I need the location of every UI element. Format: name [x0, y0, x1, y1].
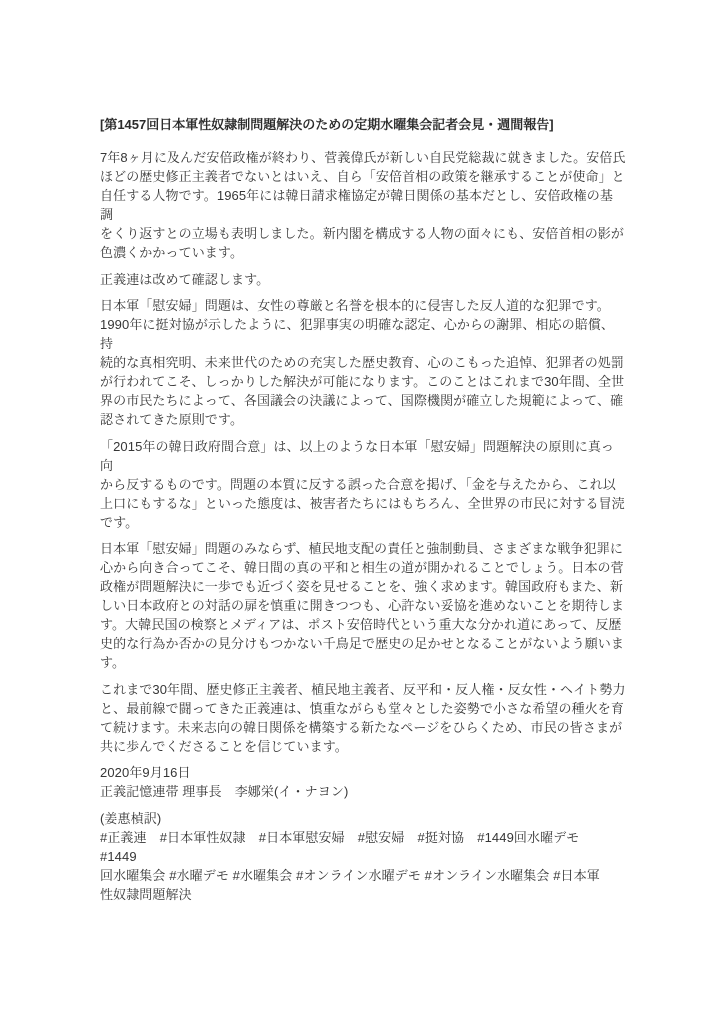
document-title: [第1457回日本軍性奴隷制問題解決のための定期水曜集会記者会見・週間報告] [100, 115, 626, 134]
paragraph-2015-agreement: 「2015年の韓日政府間合意」は、以上のような日本軍「慰安婦」問題解決の原則に真… [100, 437, 626, 532]
date-and-signature: 2020年9月16日 正義記憶連帯 理事長 李娜栄(イ・ナヨン) [100, 763, 626, 801]
paragraph-colonial-responsibility: 日本軍「慰安婦」問題のみならず、植民地支配の責任と強制動員、さまざまな戦争犯罪に… [100, 539, 626, 672]
document-page: [第1457回日本軍性奴隷制問題解決のための定期水曜集会記者会見・週間報告] 7… [0, 0, 724, 1024]
translator-credit: (姜惠楨訳) [100, 809, 626, 828]
paragraph-abe-administration: 7年8ヶ月に及んだ安倍政権が終わり、菅義偉氏が新しい自民党総裁に就きました。安倍… [100, 148, 626, 262]
paragraph-30-years-struggle: これまで30年間、歴史修正主義者、植民地主義者、反平和・反人権・反女性・ヘイト勢… [100, 680, 626, 756]
hashtag-list: #正義連 #日本軍性奴隷 #日本軍慰安婦 #慰安婦 #挺対協 #1449回水曜デ… [100, 828, 626, 904]
paragraph-comfort-women-principles: 日本軍「慰安婦」問題は、女性の尊厳と名誉を根本的に侵害した反人道的な犯罪です。 … [100, 296, 626, 429]
document-content: [第1457回日本軍性奴隷制問題解決のための定期水曜集会記者会見・週間報告] 7… [100, 115, 626, 904]
paragraph-reaffirmation: 正義連は改めて確認します。 [100, 270, 626, 289]
